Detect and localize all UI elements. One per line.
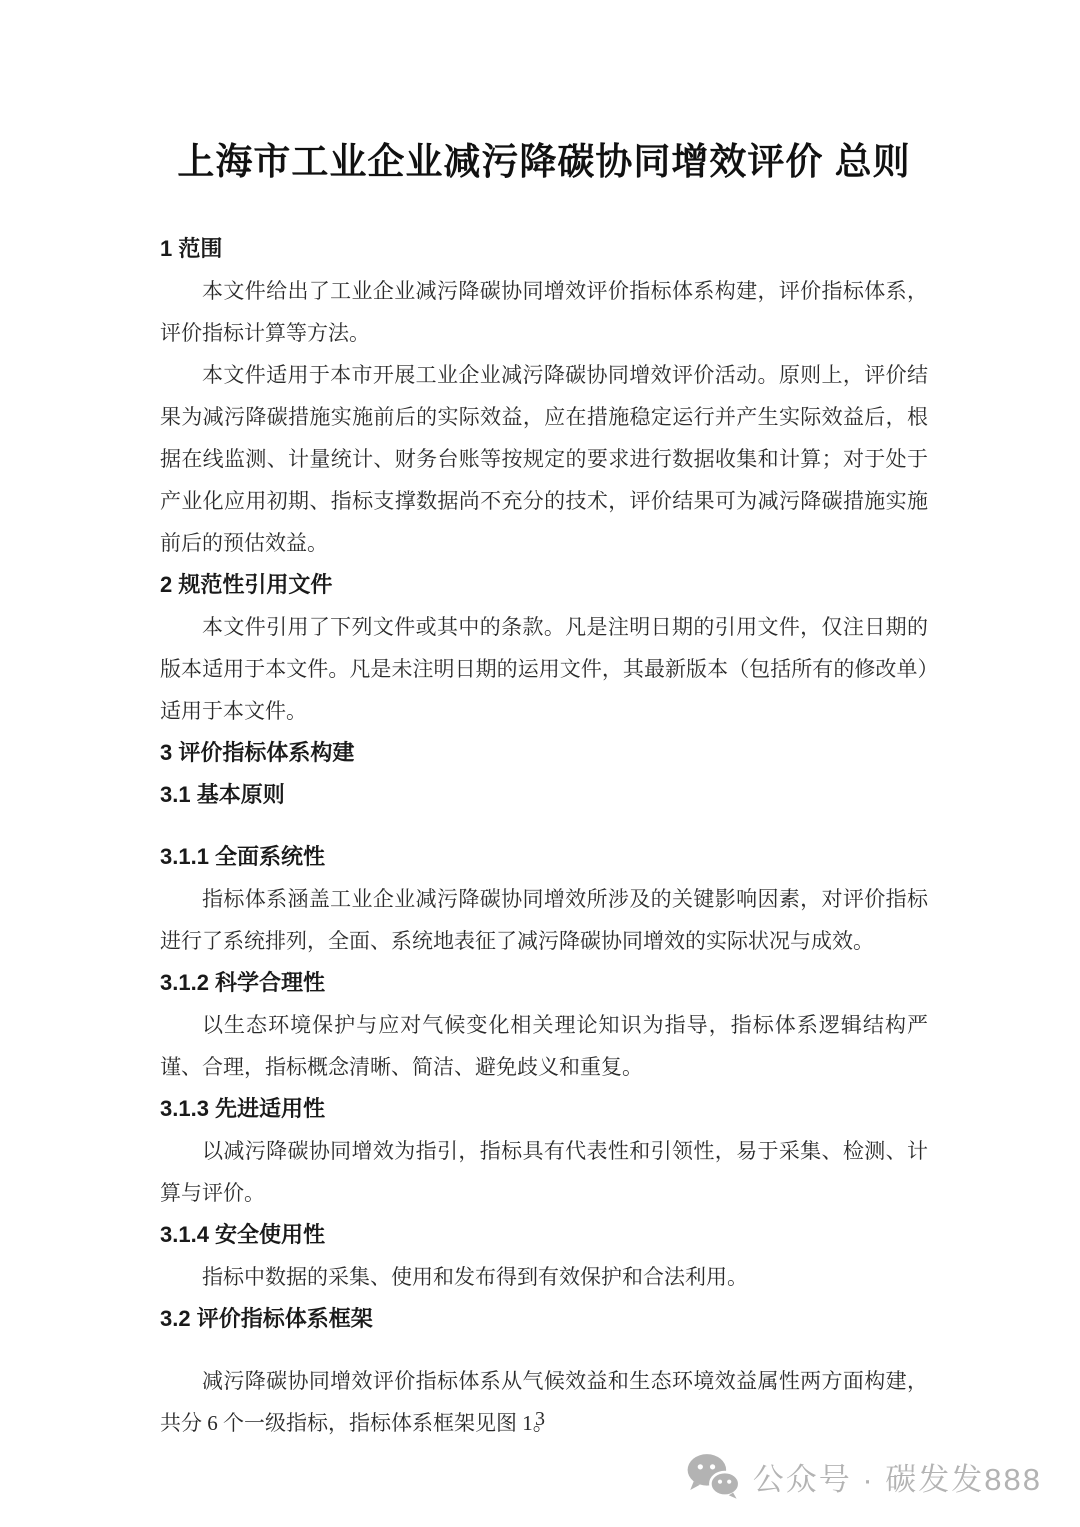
paragraph-advanced-applicable: 以减污降碳协同增效为指引，指标具有代表性和引领性，易于采集、检测、计算与评价。 (160, 1130, 928, 1214)
heading-comprehensive-systematic: 3.1.1 全面系统性 (160, 836, 928, 878)
heading-scope: 1 范围 (160, 228, 928, 270)
paragraph-scope-1: 本文件给出了工业企业减污降碳协同增效评价指标体系构建，评价指标体系，评价指标计算… (160, 270, 928, 354)
heading-basic-principles: 3.1 基本原则 (160, 774, 928, 816)
document-title: 上海市工业企业减污降碳协同增效评价 总则 (160, 140, 928, 184)
wechat-icon (685, 1452, 741, 1500)
document-page: 上海市工业企业减污降碳协同增效评价 总则 1 范围 本文件给出了工业企业减污降碳… (0, 0, 1080, 1527)
heading-normative-references: 2 规范性引用文件 (160, 564, 928, 606)
document-content: 上海市工业企业减污降碳协同增效评价 总则 1 范围 本文件给出了工业企业减污降碳… (160, 0, 928, 1444)
watermark: 公众号 · 碳发发888 (685, 1452, 1042, 1500)
page-number: 3 (0, 1408, 1080, 1431)
heading-safe-usage: 3.1.4 安全使用性 (160, 1214, 928, 1256)
paragraph-framework: 减污降碳协同增效评价指标体系从气候效益和生态环境效益属性两方面构建，共分 6 个… (160, 1360, 928, 1444)
paragraph-normative-references: 本文件引用了下列文件或其中的条款。凡是注明日期的引用文件，仅注日期的版本适用于本… (160, 606, 928, 732)
paragraph-comprehensive-systematic: 指标体系涵盖工业企业减污降碳协同增效所涉及的关键影响因素，对评价指标进行了系统排… (160, 878, 928, 962)
paragraph-safe-usage: 指标中数据的采集、使用和发布得到有效保护和合法利用。 (160, 1256, 928, 1298)
paragraph-scope-2: 本文件适用于本市开展工业企业减污降碳协同增效评价活动。原则上，评价结果为减污降碳… (160, 354, 928, 564)
heading-indicator-system: 3 评价指标体系构建 (160, 732, 928, 774)
heading-framework: 3.2 评价指标体系框架 (160, 1298, 928, 1340)
watermark-label: 公众号 · 碳发发888 (753, 1454, 1042, 1499)
heading-scientific-rational: 3.1.2 科学合理性 (160, 962, 928, 1004)
heading-advanced-applicable: 3.1.3 先进适用性 (160, 1088, 928, 1130)
paragraph-scientific-rational: 以生态环境保护与应对气候变化相关理论知识为指导，指标体系逻辑结构严谨、合理，指标… (160, 1004, 928, 1088)
